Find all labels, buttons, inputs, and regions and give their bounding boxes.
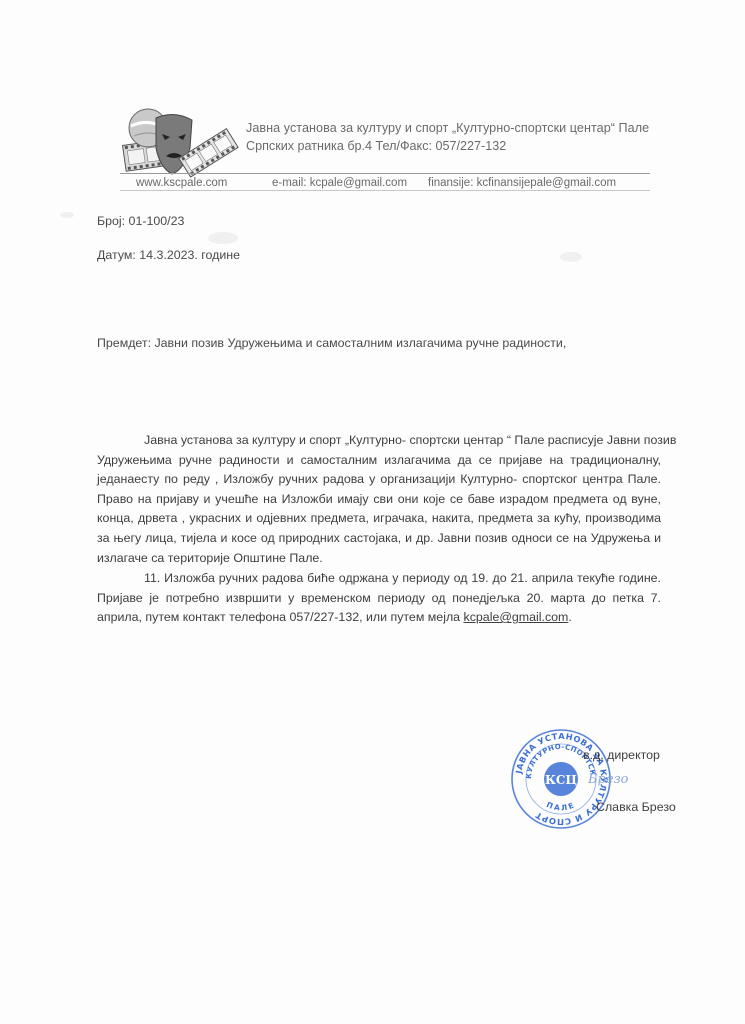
- document-subject: Премдет: Јавни позив Удружењима и самост…: [97, 336, 566, 350]
- letterhead-divider-bottom: [120, 190, 650, 191]
- finance-email-link[interactable]: finansije: kcfinansijepale@gmail.com: [428, 177, 616, 189]
- paragraph-line: Удружењима ручне радиности и самосталним…: [97, 451, 661, 471]
- organization-name: Јавна установа за културу и спорт „Култу…: [246, 121, 649, 135]
- signatory-name: Славка Брезо: [596, 800, 676, 814]
- paragraph-line: Пријаве је потребно извршити у временско…: [97, 589, 661, 609]
- svg-text:КСЦ: КСЦ: [545, 773, 577, 787]
- mask-ball-film-logo-icon: [118, 104, 240, 180]
- paragraph-line: излагаче са територије Општине Пале.: [97, 549, 661, 569]
- scan-artifact: [60, 212, 74, 218]
- letterhead-divider: [120, 173, 650, 174]
- paragraph-line-text: априла, путем контакт телефона 057/227-1…: [97, 610, 464, 624]
- document-page: Јавна установа за културу и спорт „Култу…: [0, 0, 745, 1024]
- handwritten-signature: Брезо: [588, 772, 629, 787]
- document-number: Број: 01-100/23: [97, 214, 184, 228]
- contact-email-link[interactable]: kcpale@gmail.com: [464, 610, 569, 624]
- scan-artifact: [560, 252, 582, 262]
- paragraph-line: једанаесту по реду , Изложбу ручних радо…: [97, 470, 661, 490]
- paragraph-line: Право на пријаву и учешће на Изложби има…: [97, 490, 661, 510]
- svg-text:ПАЛЕ: ПАЛЕ: [545, 800, 577, 813]
- paragraph-line: за његу лица, тијела и косе од природних…: [97, 529, 661, 549]
- website-link[interactable]: www.kscpale.com: [136, 177, 227, 189]
- paragraph-line-with-link: априла, путем контакт телефона 057/227-1…: [97, 608, 661, 628]
- body-paragraph-1: Јавна установа за културу и спорт „Култу…: [97, 431, 661, 568]
- scan-artifact: [208, 232, 238, 244]
- paragraph-line: 11. Изложба ручних радова биће одржана у…: [97, 569, 661, 589]
- signatory-title: в.д. директор: [583, 748, 660, 762]
- closing-period: .: [568, 610, 571, 624]
- organization-address: Српских ратника бр.4 Тел/Факс: 057/227-1…: [246, 139, 506, 153]
- paragraph-line: конца, дрвета , украсних и одјевних пред…: [97, 509, 661, 529]
- email-link[interactable]: e-mail: kcpale@gmail.com: [272, 177, 407, 189]
- paragraph-line: Јавна установа за културу и спорт „Култу…: [97, 431, 661, 451]
- body-paragraph-2: 11. Изложба ручних радова биће одржана у…: [97, 569, 661, 628]
- document-date: Датум: 14.3.2023. године: [97, 248, 240, 262]
